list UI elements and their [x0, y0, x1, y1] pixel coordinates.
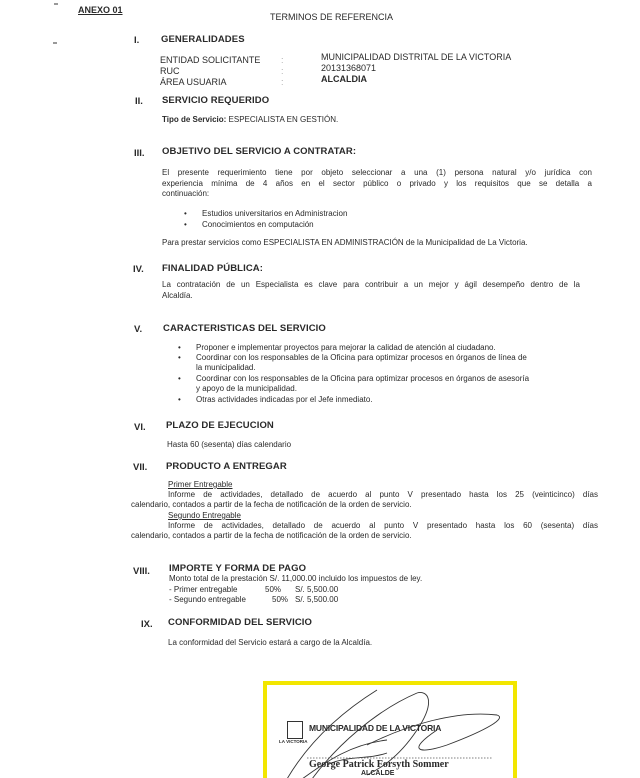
section-number: VII. — [133, 462, 147, 473]
paragraph-line: continuación: — [162, 189, 592, 200]
section-title-caracteristicas: CARACTERISTICAS DEL SERVICIO — [163, 323, 326, 334]
document-title: TERMINOS DE REFERENCIA — [270, 12, 393, 22]
signer-role: ALCALDE — [361, 770, 394, 777]
purpose-paragraph: La contratación de un Especialista es cl… — [162, 280, 580, 301]
payment-percent: 50% — [272, 595, 288, 605]
section-number: IV. — [133, 264, 144, 275]
total-amount: Monto total de la prestación S/. 11,000.… — [169, 574, 422, 583]
item-line: Coordinar con los responsables de la Ofi… — [196, 353, 596, 363]
deliverable-text-line2: calendario, contados a partir de la fech… — [131, 500, 412, 509]
municipal-crest-icon — [287, 721, 303, 739]
objective-closing: Para prestar servicios como ESPECIALISTA… — [162, 238, 528, 247]
objective-paragraph: El presente requerimiento tiene por obje… — [162, 168, 592, 200]
payment-percents: 50% 50% — [265, 585, 288, 605]
item-line: la municipalidad. — [196, 363, 596, 373]
section-number: IX. — [141, 619, 153, 630]
section-number: VI. — [134, 422, 146, 433]
value-entidad: MUNICIPALIDAD DISTRITAL DE LA VICTORIA — [321, 52, 511, 63]
item-line: Otras actividades indicadas por el Jefe … — [196, 395, 373, 405]
annex-label: ANEXO 01 — [78, 5, 123, 15]
label-ruc: RUC — [160, 66, 260, 77]
label-entidad: ENTIDAD SOLICITANTE — [160, 55, 260, 66]
scan-mark — [54, 3, 58, 5]
separator: : — [281, 77, 284, 88]
item-line: Coordinar con los responsables de la Ofi… — [196, 374, 596, 384]
section-title-objetivo: OBJETIVO DEL SERVICIO A CONTRATAR: — [162, 146, 356, 157]
conformity-text: La conformidad del Servicio estará a car… — [168, 638, 372, 647]
section-title-finalidad: FINALIDAD PÚBLICA: — [162, 263, 263, 274]
characteristic-item: Otras actividades indicadas por el Jefe … — [196, 395, 373, 405]
characteristic-item: Coordinar con los responsables de la Ofi… — [196, 374, 596, 394]
paragraph-line: El presente requerimiento tiene por obje… — [162, 168, 592, 179]
section-number: III. — [134, 148, 145, 159]
deliverable-text-line1: Informe de actividades, detallado de acu… — [168, 490, 598, 501]
stamp-entity: MUNICIPALIDAD DE LA VICTORIA — [309, 723, 441, 733]
section-number: I. — [134, 35, 139, 46]
section-title-conformidad: CONFORMIDAD DEL SERVICIO — [168, 617, 312, 628]
paragraph-line: Informe de actividades, detallado de acu… — [168, 490, 598, 501]
item-line: Proponer e implementar proyectos para me… — [196, 343, 496, 353]
signer-name: George Patrick Forsyth Sommer — [309, 759, 449, 770]
scan-mark — [53, 42, 57, 44]
payment-amount: S/. 5,500.00 — [295, 585, 338, 595]
general-values: MUNICIPALIDAD DISTRITAL DE LA VICTORIA 2… — [321, 52, 511, 85]
payment-label: - Primer entregable — [169, 585, 246, 595]
paragraph-line: experiencia mínima de 4 años en el secto… — [162, 179, 592, 190]
service-type-label: Tipo de Servicio: — [162, 115, 226, 124]
value-ruc: 20131368071 — [321, 63, 511, 74]
section-number: V. — [134, 324, 142, 335]
payment-amount: S/. 5,500.00 — [295, 595, 338, 605]
deliverable-title: Segundo Entregable — [168, 511, 241, 520]
general-separators: : : : — [281, 55, 284, 88]
separator: : — [281, 55, 284, 66]
service-type-value: ESPECIALISTA EN GESTIÓN. — [229, 115, 339, 124]
value-area: ALCALDIA — [321, 74, 511, 85]
general-labels: ENTIDAD SOLICITANTE RUC ÁREA USUARIA — [160, 55, 260, 88]
requirement-item: Estudios universitarios en Administracio… — [202, 209, 347, 219]
paragraph-line: Alcaldía. — [162, 291, 580, 302]
section-number: VIII. — [133, 566, 150, 577]
section-title-plazo: PLAZO DE EJECUCION — [166, 420, 274, 431]
payment-labels: - Primer entregable - Segundo entregable — [169, 585, 246, 605]
section-title-importe: IMPORTE Y FORMA DE PAGO — [169, 563, 306, 574]
paragraph-line: La contratación de un Especialista es cl… — [162, 280, 580, 291]
section-title-producto: PRODUCTO A ENTREGAR — [166, 461, 287, 472]
logo-caption: LA VICTORIA — [279, 739, 308, 744]
section-number: II. — [135, 96, 143, 107]
execution-term: Hasta 60 (sesenta) días calendario — [167, 440, 291, 449]
signature-highlight-box: LA VICTORIA MUNICIPALIDAD DE LA VICTORIA… — [263, 681, 517, 778]
separator: : — [281, 66, 284, 77]
characteristic-item: Coordinar con los responsables de la Ofi… — [196, 353, 596, 373]
requirement-item: Conocimientos en computación — [202, 220, 314, 230]
deliverable-text-line1: Informe de actividades, detallado de acu… — [168, 521, 598, 532]
paragraph-line: Informe de actividades, detallado de acu… — [168, 521, 598, 532]
payment-amounts: S/. 5,500.00 S/. 5,500.00 — [295, 585, 338, 605]
section-title-generalidades: GENERALIDADES — [161, 34, 245, 45]
deliverable-title: Primer Entregable — [168, 480, 232, 489]
label-area: ÁREA USUARIA — [160, 77, 260, 88]
payment-percent: 50% — [265, 585, 288, 595]
item-line: y apoyo de la municipalidad. — [196, 384, 596, 394]
payment-label: - Segundo entregable — [169, 595, 246, 605]
deliverable-text-line2: calendario, contados a partir de la fech… — [131, 531, 412, 540]
characteristic-item: Proponer e implementar proyectos para me… — [196, 343, 496, 353]
service-type: Tipo de Servicio: ESPECIALISTA EN GESTIÓ… — [162, 115, 338, 124]
section-title-servicio-requerido: SERVICIO REQUERIDO — [162, 95, 269, 106]
